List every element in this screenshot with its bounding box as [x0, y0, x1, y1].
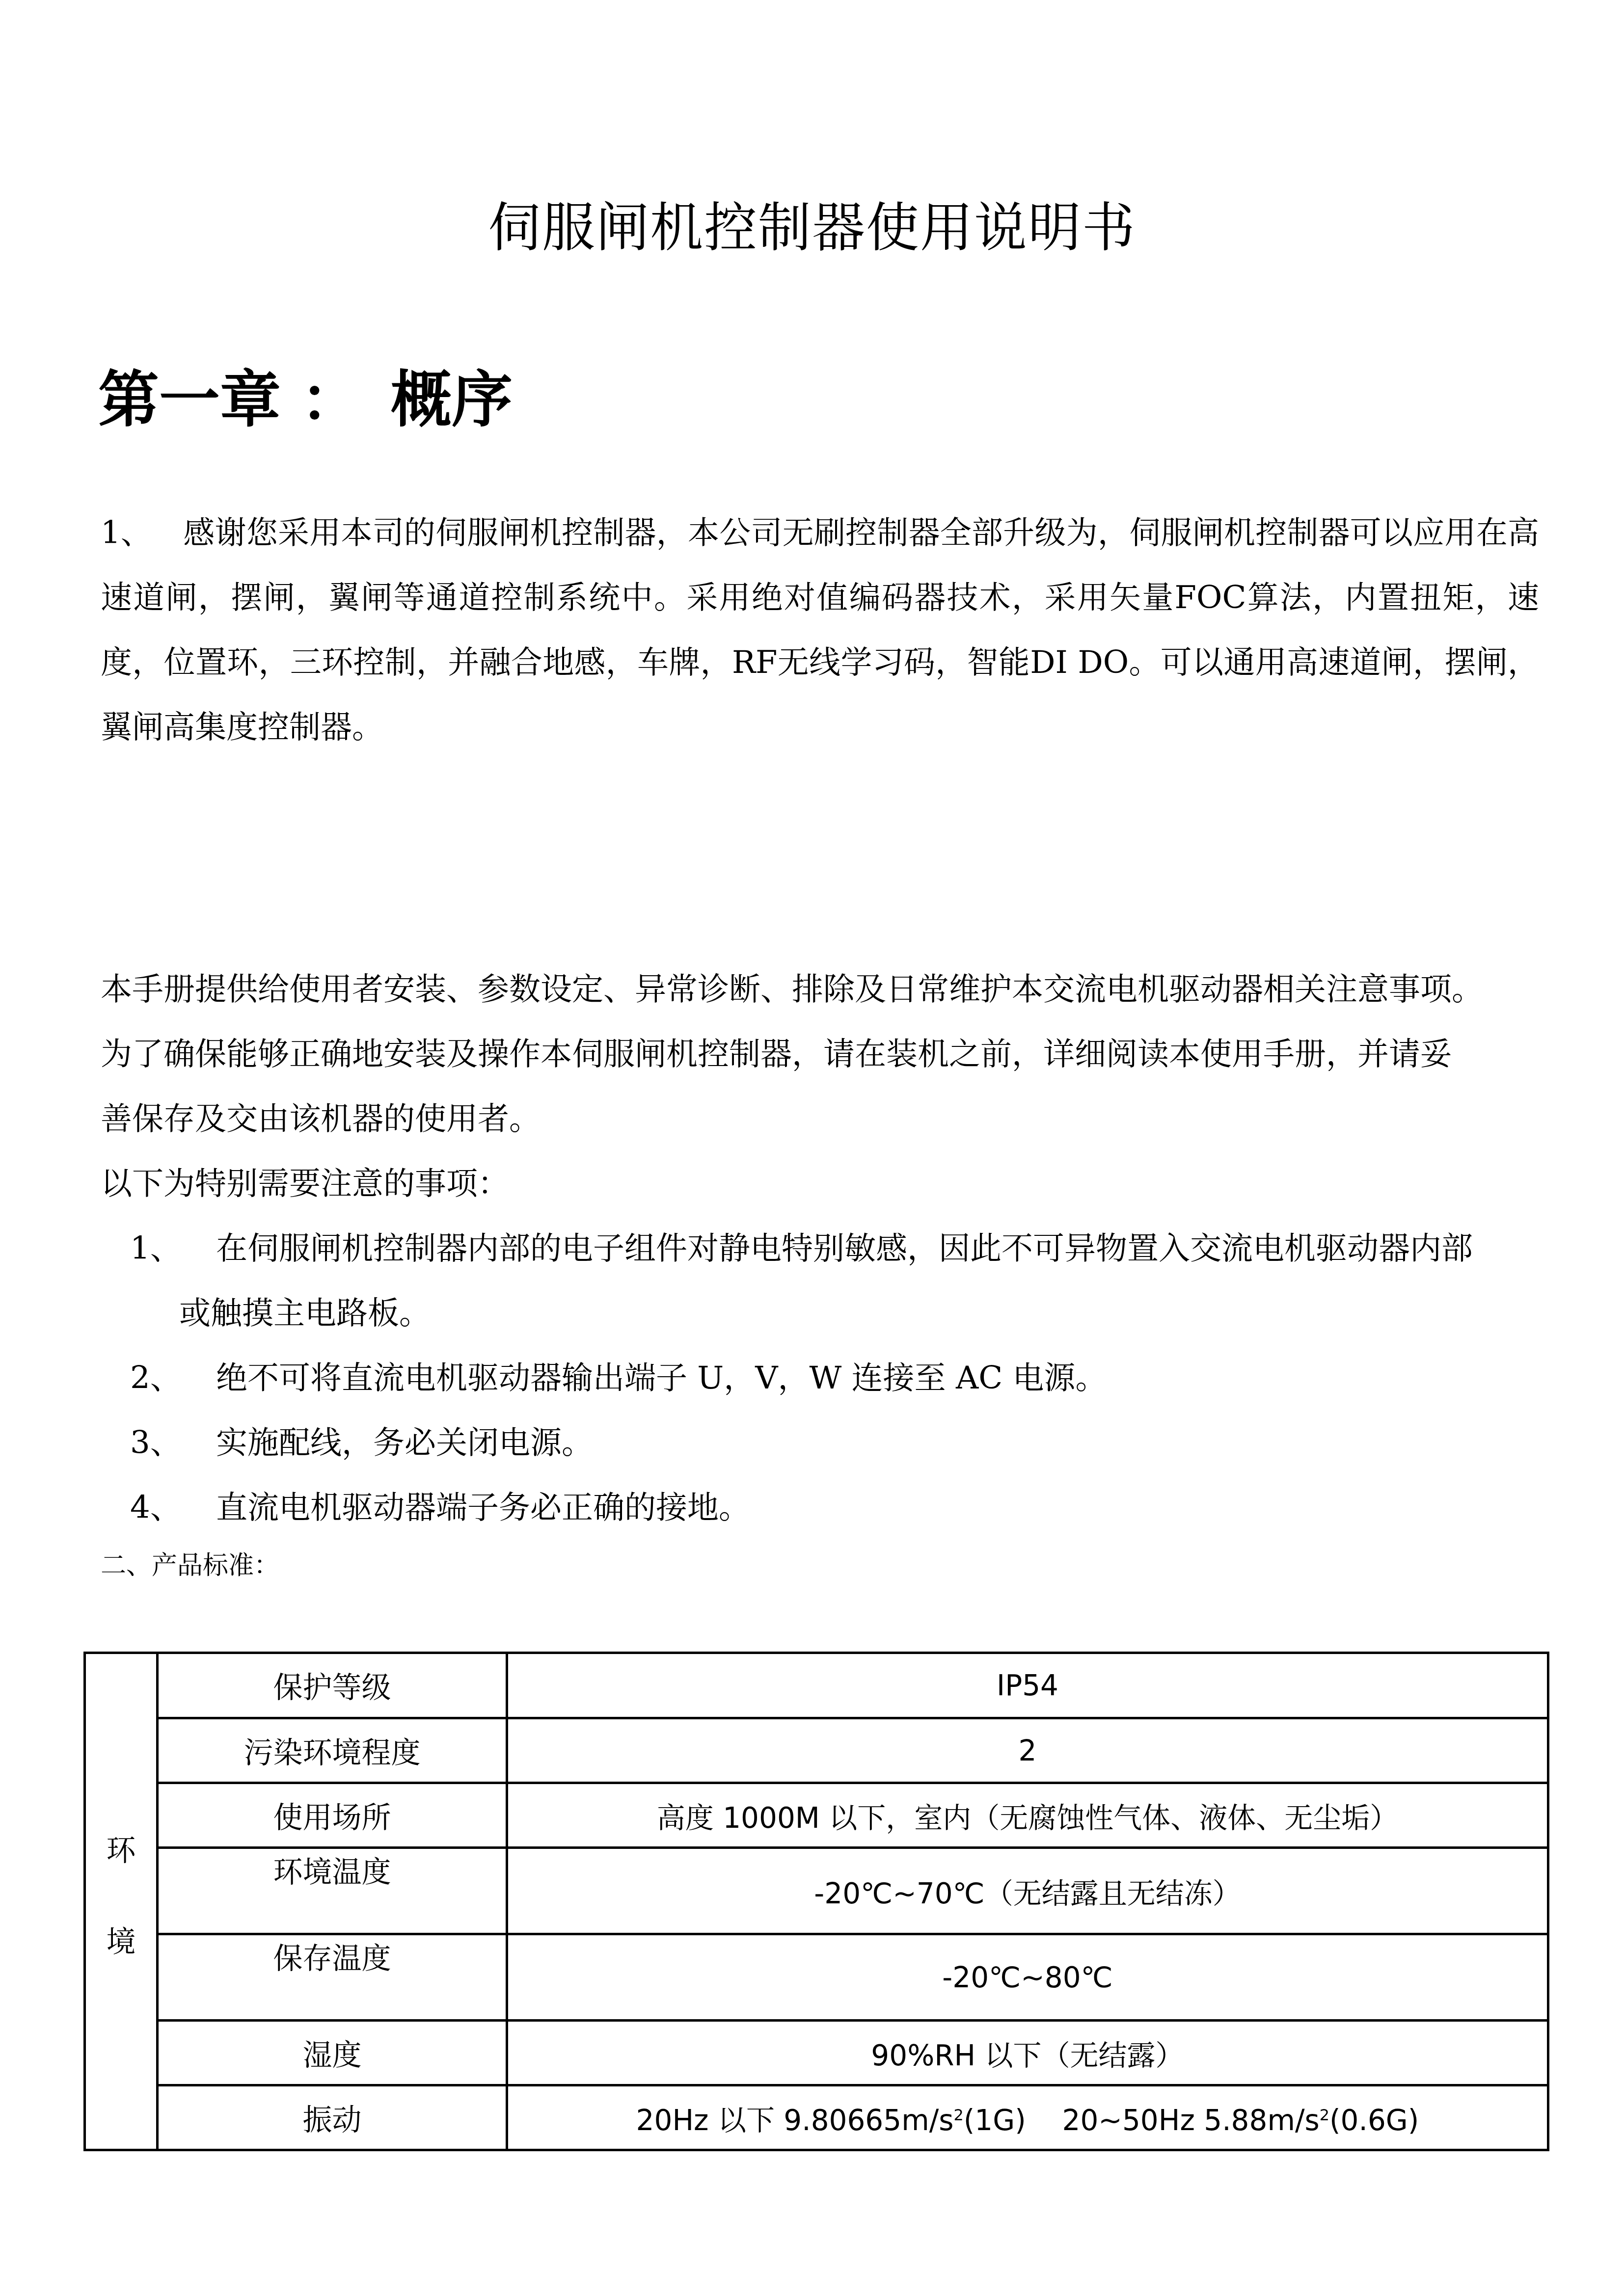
notice-item-4: 4、直流电机驱动器端子务必正确的接地。 [130, 1475, 1539, 1540]
notice-number: 3、 [130, 1411, 216, 1475]
vibration-value-part-3: (0.6G) [1329, 2104, 1419, 2137]
group-cell-environment: 环 境 [85, 1653, 158, 2150]
row-label: 振动 [158, 2085, 507, 2150]
row-value: 高度 1000M 以下，室内（无腐蚀性气体、液体、无尘垢） [507, 1783, 1548, 1848]
table-row: 湿度 90%RH 以下（无结露） [85, 2021, 1548, 2085]
row-value: -20℃~70℃（无结露且无结冻） [507, 1848, 1548, 1934]
product-standard-table: 环 境 保护等级 IP54 污染环境程度 2 使用场所 高度 1000M 以下，… [83, 1652, 1549, 2151]
notice-number: 2、 [130, 1346, 216, 1411]
notice-number: 4、 [130, 1475, 216, 1540]
vibration-value-part-2: (1G) 20~50Hz 5.88m/s [964, 2104, 1320, 2137]
notice-item-1: 1、在伺服闸机控制器内部的电子组件对静电特别敏感，因此不可异物置入交流电机驱动器… [130, 1216, 1539, 1281]
row-value: 90%RH 以下（无结露） [507, 2021, 1548, 2085]
vibration-value-part-1: 20Hz 以下 9.80665m/s [636, 2104, 954, 2137]
table-row: 振动 20Hz 以下 9.80665m/s2(1G) 20~50Hz 5.88m… [85, 2085, 1548, 2150]
row-label: 环境温度 [158, 1848, 507, 1934]
section-heading-product-standard: 二、产品标准： [101, 1546, 279, 1585]
group-label-char-1: 环 [86, 1827, 156, 1869]
chapter-label: 第一章 [98, 364, 281, 435]
notice-text: 直流电机驱动器端子务必正确的接地。 [216, 1490, 750, 1526]
row-value: -20℃~80℃ [507, 1934, 1548, 2021]
document-title: 伺服闸机控制器使用说明书 [0, 194, 1624, 263]
table-row: 使用场所 高度 1000M 以下，室内（无腐蚀性气体、液体、无尘垢） [85, 1783, 1548, 1848]
notice-number: 1、 [130, 1216, 216, 1281]
row-label: 保存温度 [158, 1934, 507, 2021]
row-value: IP54 [507, 1653, 1548, 1718]
row-label: 污染环境程度 [158, 1718, 507, 1783]
manual-note-line-1: 本手册提供给使用者安装、参数设定、异常诊断、排除及日常维护本交流电机驱动器相关注… [101, 957, 1483, 1022]
table-row: 环 境 保护等级 IP54 [85, 1653, 1548, 1718]
notice-text: 绝不可将直流电机驱动器输出端子 U，V，W 连接至 AC 电源。 [216, 1360, 1107, 1396]
notice-text: 在伺服闸机控制器内部的电子组件对静电特别敏感，因此不可异物置入交流电机驱动器内部 [216, 1230, 1473, 1267]
manual-note-line-2: 为了确保能够正确地安装及操作本伺服闸机控制器，请在装机之前，详细阅读本使用手册，… [101, 1022, 1452, 1087]
intro-number: 1、 [101, 501, 183, 565]
notice-text-continued: 或触摸主电路板。 [130, 1295, 431, 1332]
chapter-name: 概序 [391, 364, 513, 435]
notice-text: 实施配线，务必关闭电源。 [216, 1425, 593, 1461]
row-label: 保护等级 [158, 1653, 507, 1718]
table-row: 环境温度 -20℃~70℃（无结露且无结冻） [85, 1848, 1548, 1934]
chapter-separator: ： [300, 361, 361, 439]
row-label: 湿度 [158, 2021, 507, 2085]
intro-paragraph: 1、感谢您采用本司的伺服闸机控制器，本公司无刷控制器全部升级为，伺服闸机控制器可… [101, 501, 1539, 760]
row-label: 使用场所 [158, 1783, 507, 1848]
vibration-exponent-2: 2 [1320, 2105, 1329, 2124]
vibration-exponent-1: 2 [953, 2105, 963, 2124]
table-row: 污染环境程度 2 [85, 1718, 1548, 1783]
manual-note-line-4: 以下为特别需要注意的事项： [101, 1151, 509, 1216]
manual-note-line-3: 善保存及交由该机器的使用者。 [101, 1087, 541, 1151]
row-value: 2 [507, 1718, 1548, 1783]
notice-item-3: 3、实施配线，务必关闭电源。 [130, 1411, 1539, 1475]
group-label-char-2: 境 [86, 1919, 156, 1961]
chapter-heading: 第一章：概序 [98, 361, 513, 439]
row-value: 20Hz 以下 9.80665m/s2(1G) 20~50Hz 5.88m/s2… [507, 2085, 1548, 2150]
intro-text: 感谢您采用本司的伺服闸机控制器，本公司无刷控制器全部升级为，伺服闸机控制器可以应… [101, 515, 1539, 746]
notice-item-1-continued: 或触摸主电路板。 [130, 1281, 1539, 1346]
table-row: 保存温度 -20℃~80℃ [85, 1934, 1548, 2021]
notice-item-2: 2、绝不可将直流电机驱动器输出端子 U，V，W 连接至 AC 电源。 [130, 1346, 1539, 1411]
